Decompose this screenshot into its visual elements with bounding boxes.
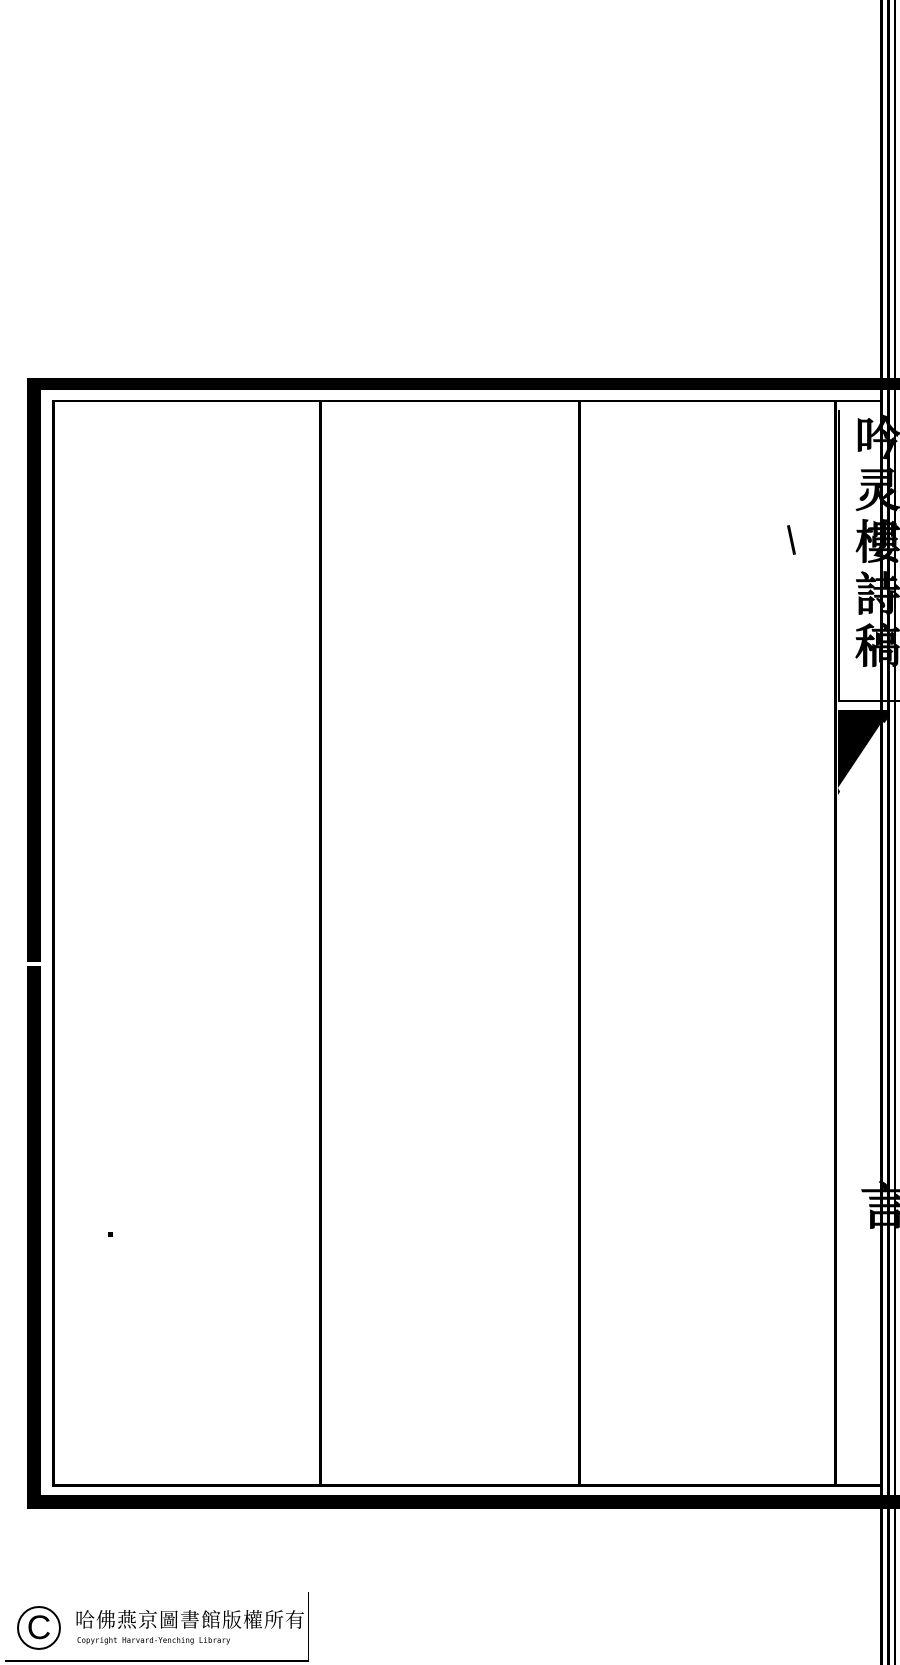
column-rule-3 [834,402,837,1484]
spine-line-1 [880,0,883,1665]
inner-frame-bottom [52,1484,880,1487]
column-rule-1 [319,402,322,1484]
copyright-icon: C [17,1606,61,1650]
ink-dot [108,1232,113,1237]
spine-line-2 [887,0,890,1665]
copyright-chinese: 哈佛燕京圖書館版權所有 [75,1604,306,1633]
page-marker: 言 [845,1180,900,1230]
frame-gap [27,962,41,966]
inner-frame-left [52,400,55,1486]
ink-mark [787,525,796,555]
column-rule-2 [578,402,581,1484]
copyright-stamp: C 哈佛燕京圖書館版權所有 Copyright Harvard-Yenching… [5,1592,309,1662]
inner-frame-top [52,400,880,402]
outer-frame-left [27,378,41,1509]
book-title: 吟灵樓詩稿 [850,414,900,674]
title-cartouche: 吟灵樓詩稿 [838,410,900,702]
copyright-english: Copyright Harvard-Yenching Library [77,1636,231,1645]
outer-frame-bottom [27,1495,900,1509]
spine-line-3 [894,0,896,1665]
outer-frame-top [27,378,900,390]
